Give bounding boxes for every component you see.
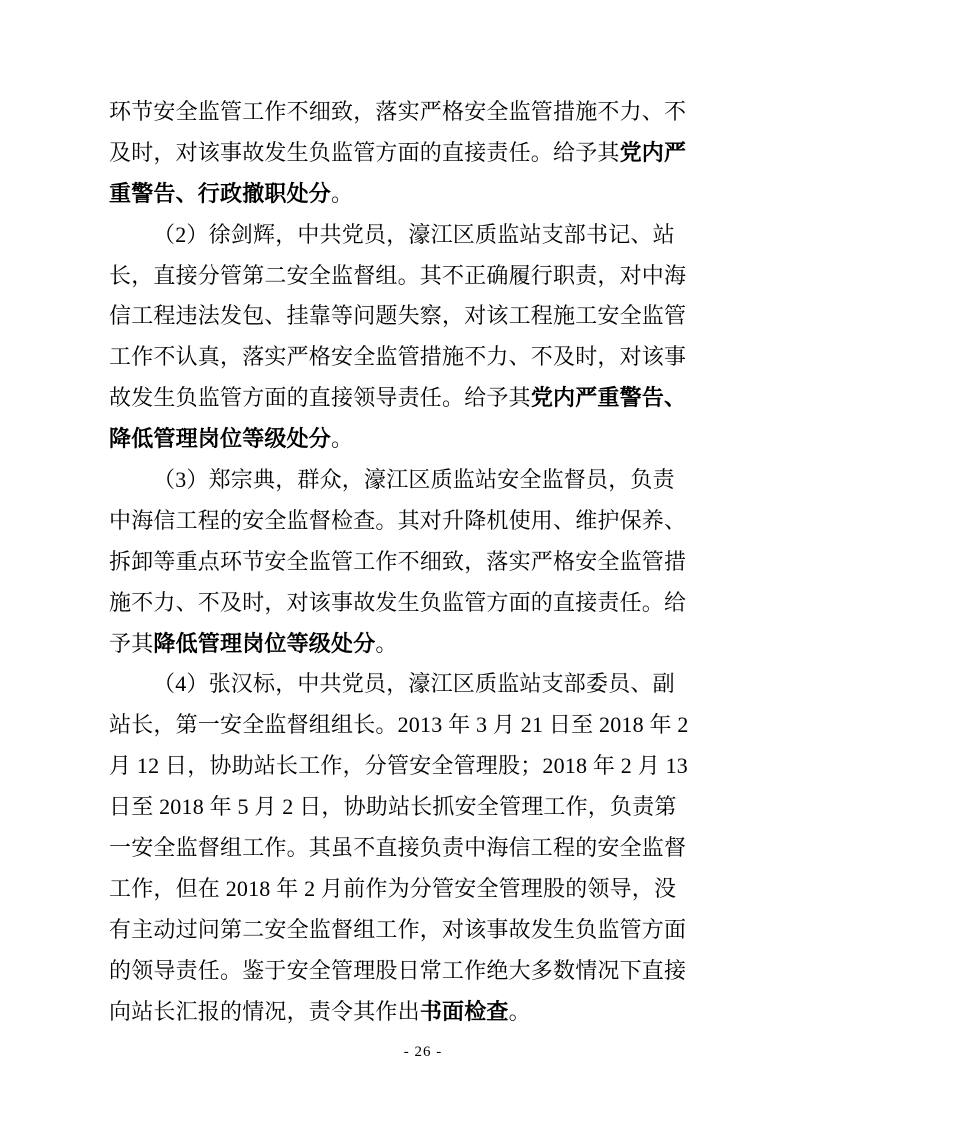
- text-line: 一安全监督组工作。其虽不直接负责中海信工程的安全监督: [109, 828, 671, 869]
- text-line: 重警告、行政撤职处分。: [109, 174, 671, 215]
- text-run: 长，直接分管第二安全监督组。其不正确履行职责，对中海: [109, 263, 686, 288]
- page-number: - 26 -: [109, 1042, 737, 1062]
- text-run-bold: 降低管理岗位等级处分: [109, 426, 331, 451]
- text-run: 。: [331, 181, 353, 206]
- text-run: 中海信工程的安全监督检查。其对升降机使用、维护保养、: [109, 508, 686, 533]
- document-page: 环节安全监管工作不细致，落实严格安全监管措施不力、不及时，对该事故发生负监管方面…: [0, 0, 960, 1122]
- text-run: 一安全监督组工作。其虽不直接负责中海信工程的安全监督: [109, 835, 686, 860]
- text-run-bold: 降低管理岗位等级处分: [153, 631, 375, 656]
- text-line: 工作不认真，落实严格安全监管措施不力、不及时，对该事: [109, 337, 671, 378]
- text-run: 日至 2018 年 5 月 2 日，协助站长抓安全管理工作，负责第: [109, 794, 677, 819]
- text-line: 施不力、不及时，对该事故发生负监管方面的直接责任。给: [109, 583, 671, 624]
- text-run: 。: [509, 999, 531, 1024]
- text-line: 长，直接分管第二安全监督组。其不正确履行职责，对中海: [109, 256, 671, 297]
- text-run: 。: [375, 631, 397, 656]
- text-run: 月 12 日，协助站长工作，分管安全管理股；2018 年 2 月 13: [109, 753, 688, 778]
- text-line: 信工程违法发包、挂靠等问题失察，对该工程施工安全监管: [109, 296, 671, 337]
- text-run: 施不力、不及时，对该事故发生负监管方面的直接责任。给: [109, 590, 686, 615]
- text-run: 予其: [109, 631, 153, 656]
- text-line: 环节安全监管工作不细致，落实严格安全监管措施不力、不: [109, 92, 671, 133]
- text-run-bold: 重警告、行政撤职处分: [109, 181, 331, 206]
- text-line: 站长，第一安全监督组组长。2013 年 3 月 21 日至 2018 年 2: [109, 705, 671, 746]
- text-run: 有主动过问第二安全监督组工作，对该事故发生负监管方面: [109, 917, 686, 942]
- text-run: 工作不认真，落实严格安全监管措施不力、不及时，对该事: [109, 344, 686, 369]
- text-body: 环节安全监管工作不细致，落实严格安全监管措施不力、不及时，对该事故发生负监管方面…: [109, 92, 671, 1032]
- text-run: 拆卸等重点环节安全监管工作不细致，落实严格安全监管措: [109, 549, 686, 574]
- text-run: 信工程违法发包、挂靠等问题失察，对该工程施工安全监管: [109, 303, 686, 328]
- text-run: 环节安全监管工作不细致，落实严格安全监管措施不力、不: [109, 99, 686, 124]
- text-line: （2）徐剑辉，中共党员，濠江区质监站支部书记、站: [109, 215, 671, 256]
- text-run-bold: 书面检查: [420, 999, 509, 1024]
- text-run: （4）张汉标，中共党员，濠江区质监站支部委员、副: [153, 671, 675, 696]
- text-line: 有主动过问第二安全监督组工作，对该事故发生负监管方面: [109, 910, 671, 951]
- text-line: 月 12 日，协助站长工作，分管安全管理股；2018 年 2 月 13: [109, 746, 671, 787]
- text-line: 降低管理岗位等级处分。: [109, 419, 671, 460]
- text-line: 故发生负监管方面的直接领导责任。给予其党内严重警告、: [109, 378, 671, 419]
- text-run: 故发生负监管方面的直接领导责任。给予其: [109, 385, 531, 410]
- text-run: 的领导责任。鉴于安全管理股日常工作绝大多数情况下直接: [109, 958, 686, 983]
- text-line: 日至 2018 年 5 月 2 日，协助站长抓安全管理工作，负责第: [109, 787, 671, 828]
- text-line: 拆卸等重点环节安全监管工作不细致，落实严格安全监管措: [109, 542, 671, 583]
- text-run-bold: 党内严重警告、: [531, 385, 686, 410]
- text-line: （3）郑宗典，群众，濠江区质监站安全监督员，负责: [109, 460, 671, 501]
- text-line: （4）张汉标，中共党员，濠江区质监站支部委员、副: [109, 664, 671, 705]
- text-line: 及时，对该事故发生负监管方面的直接责任。给予其党内严: [109, 133, 671, 174]
- text-run: 。: [331, 426, 353, 451]
- text-run: 站长，第一安全监督组组长。2013 年 3 月 21 日至 2018 年 2: [109, 712, 689, 737]
- text-run: （2）徐剑辉，中共党员，濠江区质监站支部书记、站: [153, 222, 675, 247]
- text-run: 工作，但在 2018 年 2 月前作为分管安全管理股的领导，没: [109, 876, 676, 901]
- text-line: 予其降低管理岗位等级处分。: [109, 624, 671, 665]
- text-line: 的领导责任。鉴于安全管理股日常工作绝大多数情况下直接: [109, 951, 671, 992]
- text-line: 中海信工程的安全监督检查。其对升降机使用、维护保养、: [109, 501, 671, 542]
- text-run: 及时，对该事故发生负监管方面的直接责任。给予其: [109, 140, 620, 165]
- text-run-bold: 党内严: [620, 140, 687, 165]
- text-run: 向站长汇报的情况，责令其作出: [109, 999, 420, 1024]
- text-line: 工作，但在 2018 年 2 月前作为分管安全管理股的领导，没: [109, 869, 671, 910]
- text-line: 向站长汇报的情况，责令其作出书面检查。: [109, 992, 671, 1033]
- text-run: （3）郑宗典，群众，濠江区质监站安全监督员，负责: [153, 467, 675, 492]
